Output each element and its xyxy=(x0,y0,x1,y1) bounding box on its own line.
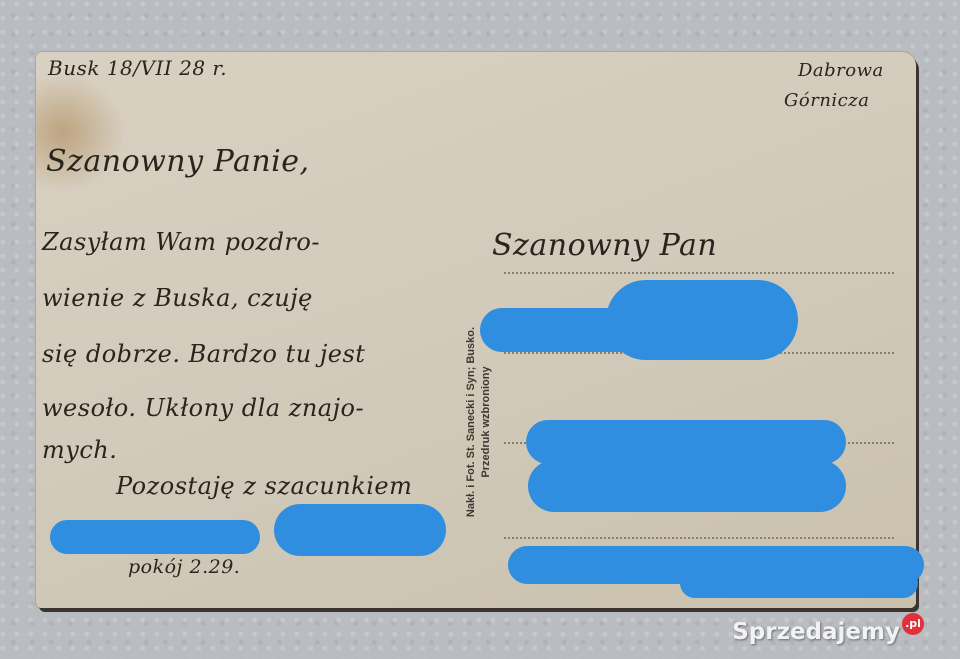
body-line-2: wienie z Buska, czuję xyxy=(42,284,313,312)
publisher-imprint: Nakł. i Fot. St. Sanecki i Syn; Busko. P… xyxy=(464,232,494,612)
redaction-signature-1 xyxy=(50,520,260,554)
redaction-address-name-b xyxy=(606,280,798,360)
redaction-address-city xyxy=(528,460,846,512)
imprint-line-2: Przedruk wzbroniony xyxy=(479,232,494,612)
postcard: Busk 18/VII 28 r. Szanowny Panie, Zasyła… xyxy=(36,52,916,608)
body-line-1: Zasyłam Wam pozdro- xyxy=(42,228,320,256)
room-number: pokój 2.29. xyxy=(128,556,240,578)
address-line-4 xyxy=(504,537,894,539)
body-line-3: się dobrze. Bardzo tu jest xyxy=(42,340,365,368)
address-line-1 xyxy=(504,272,894,274)
redaction-signature-2 xyxy=(274,504,446,556)
closing-line: Pozostaję z szacunkiem xyxy=(116,472,412,500)
date-line: Busk 18/VII 28 r. xyxy=(48,56,227,80)
watermark-tld-badge: .pl xyxy=(902,613,924,635)
watermark-brand: Sprzedajemy xyxy=(732,619,900,645)
addressee-title: Szanowny Pan xyxy=(492,228,717,263)
redaction-address-region-b xyxy=(680,568,918,598)
sprzedajemy-watermark: Sprzedajemy .pl xyxy=(732,619,924,645)
body-line-4: wesoło. Ukłony dla znajo- xyxy=(42,394,364,422)
salutation: Szanowny Panie, xyxy=(46,144,310,179)
redaction-address-street xyxy=(526,420,846,464)
body-line-5: mych. xyxy=(42,436,117,464)
corner-note-line-1: Dabrowa xyxy=(798,60,884,81)
imprint-line-1: Nakł. i Fot. St. Sanecki i Syn; Busko. xyxy=(464,232,479,612)
corner-note-line-2: Górnicza xyxy=(784,90,869,111)
